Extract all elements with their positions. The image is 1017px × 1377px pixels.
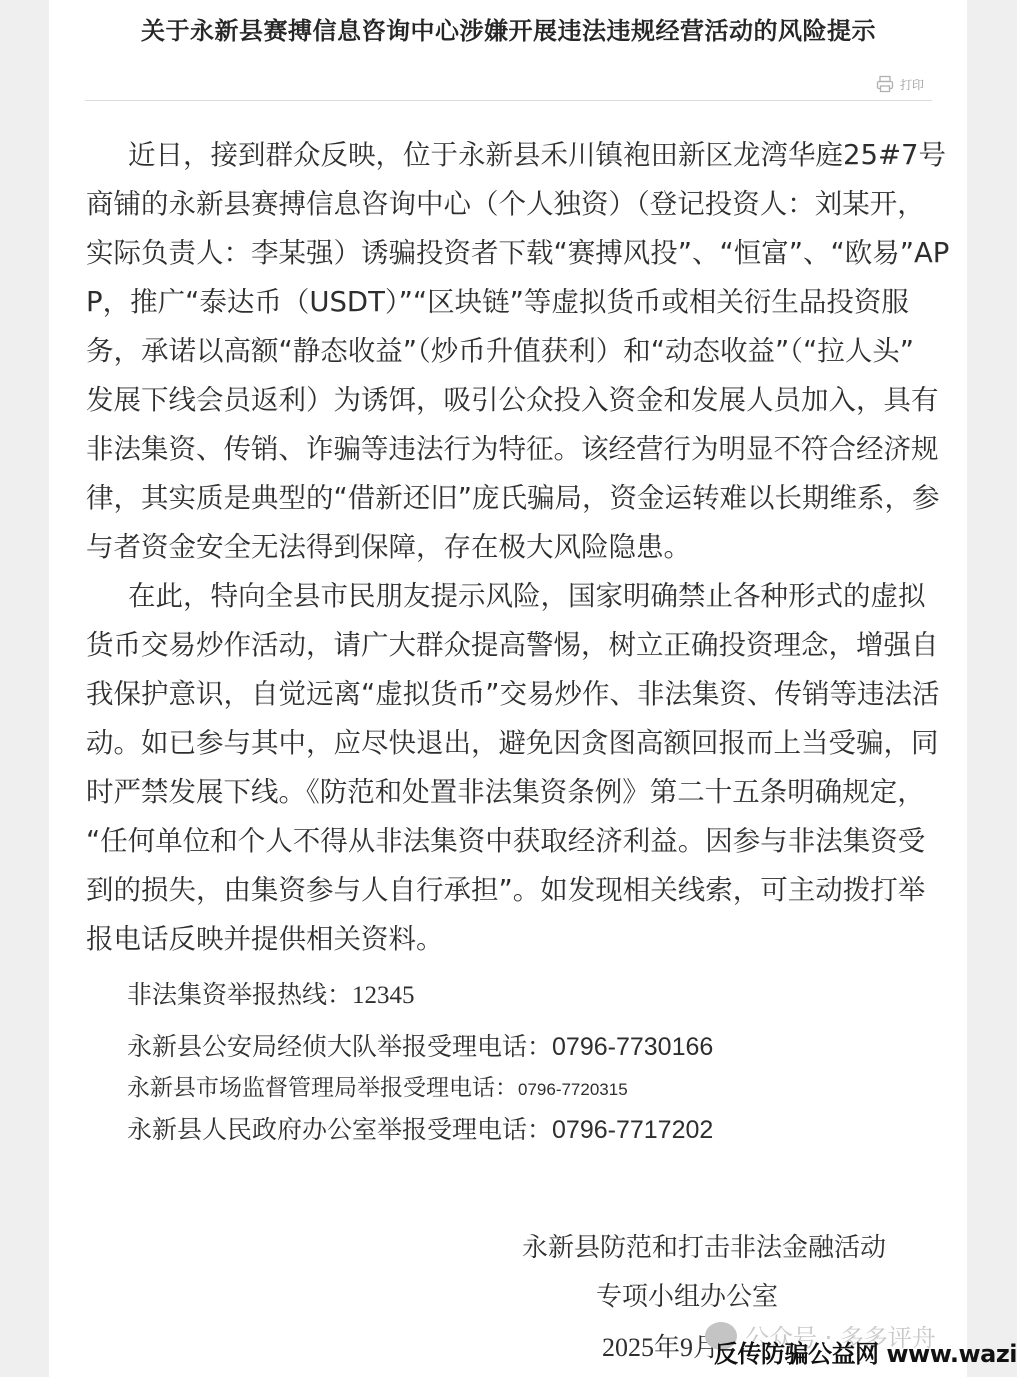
site-watermark: 反传防骗公益网 www.wazi.cc <box>714 1334 1017 1369</box>
contact-number: 0796-7730166 <box>552 1033 713 1061</box>
text-line: “任何单位和个人不得从非法集资中获取经济利益。因参与非法集资受 <box>86 817 936 866</box>
contact-government-office: 永新县人民政府办公室举报受理电话：0796-7717202 <box>127 1109 713 1151</box>
paragraph-2: 在此，特向全县市民朋友提示风险，国家明确禁止各种形式的虚拟 货币交易炒作活动，请… <box>86 572 936 964</box>
contact-label: 永新县人民政府办公室举报受理电话： <box>127 1115 552 1144</box>
text-line: 报电话反映并提供相关资料。 <box>86 915 936 964</box>
article-body: 近日，接到群众反映，位于永新县禾川镇袍田新区龙湾华庭25#7号 商铺的永新县赛搏… <box>86 131 936 964</box>
signature-org-line2: 专项小组办公室 <box>596 1276 778 1313</box>
contact-number: 0796-7720315 <box>518 1080 628 1099</box>
contact-hotline: 非法集资举报热线：12345 <box>127 975 713 1025</box>
text-line: P，推广“泰达币（USDT）”“区块链”等虚拟货币或相关衍生品投资服 <box>86 278 936 327</box>
text-line: 在此，特向全县市民朋友提示风险，国家明确禁止各种形式的虚拟 <box>86 572 936 621</box>
paragraph-1: 近日，接到群众反映，位于永新县禾川镇袍田新区龙湾华庭25#7号 商铺的永新县赛搏… <box>86 131 936 572</box>
print-label: 打印 <box>900 76 924 93</box>
contact-label: 非法集资举报热线： <box>127 980 352 1009</box>
contact-label: 永新县公安局经侦大队举报受理电话： <box>127 1032 552 1061</box>
contact-police: 永新县公安局经侦大队举报受理电话：0796-7730166 <box>127 1025 713 1067</box>
title-divider <box>85 100 932 101</box>
text-line: 动。如已参与其中，应尽快退出，避免因贪图高额回报而上当受骗，同 <box>86 719 936 768</box>
signature-date: 2025年9月 <box>602 1327 719 1364</box>
text-line: 发展下线会员返利）为诱饵，吸引公众投入资金和发展人员加入，具有 <box>86 376 936 425</box>
contact-market-regulation: 永新县市场监督管理局举报受理电话：0796-7720315 <box>127 1067 713 1109</box>
text-line: 与者资金安全无法得到保障，存在极大风险隐患。 <box>86 523 936 572</box>
text-line: 务，承诺以高额“静态收益”（炒币升值获利）和“动态收益”（“拉人头” <box>86 327 936 376</box>
contact-number: 0796-7717202 <box>552 1116 713 1144</box>
contact-list: 非法集资举报热线：12345 永新县公安局经侦大队举报受理电话：0796-773… <box>127 975 713 1151</box>
article-title: 关于永新县赛搏信息咨询中心涉嫌开展违法违规经营活动的风险提示 <box>0 14 1017 48</box>
text-line: 商铺的永新县赛搏信息咨询中心（个人独资）（登记投资人：刘某开， <box>86 180 936 229</box>
text-line: 非法集资、传销、诈骗等违法行为特征。该经营行为明显不符合经济规 <box>86 425 936 474</box>
contact-number: 12345 <box>352 982 415 1009</box>
contact-label: 永新县市场监督管理局举报受理电话： <box>127 1075 518 1101</box>
text-line: 到的损失，由集资参与人自行承担”。如发现相关线索，可主动拨打举 <box>86 866 936 915</box>
signature-org-line1: 永新县防范和打击非法金融活动 <box>522 1227 886 1264</box>
print-button[interactable]: 打印 <box>876 72 924 96</box>
printer-icon <box>876 75 894 93</box>
text-line: 时严禁发展下线。《防范和处置非法集资条例》第二十五条明确规定， <box>86 768 936 817</box>
text-line: 律，其实质是典型的“借新还旧”庞氏骗局，资金运转难以长期维系，参 <box>86 474 936 523</box>
text-line: 实际负责人：李某强）诱骗投资者下载“赛搏风投”、“恒富”、“欧易”AP <box>86 229 936 278</box>
text-line: 近日，接到群众反映，位于永新县禾川镇袍田新区龙湾华庭25#7号 <box>86 131 936 180</box>
text-line: 我保护意识，自觉远离“虚拟货币”交易炒作、非法集资、传销等违法活 <box>86 670 936 719</box>
text-line: 货币交易炒作活动，请广大群众提高警惕，树立正确投资理念，增强自 <box>86 621 936 670</box>
